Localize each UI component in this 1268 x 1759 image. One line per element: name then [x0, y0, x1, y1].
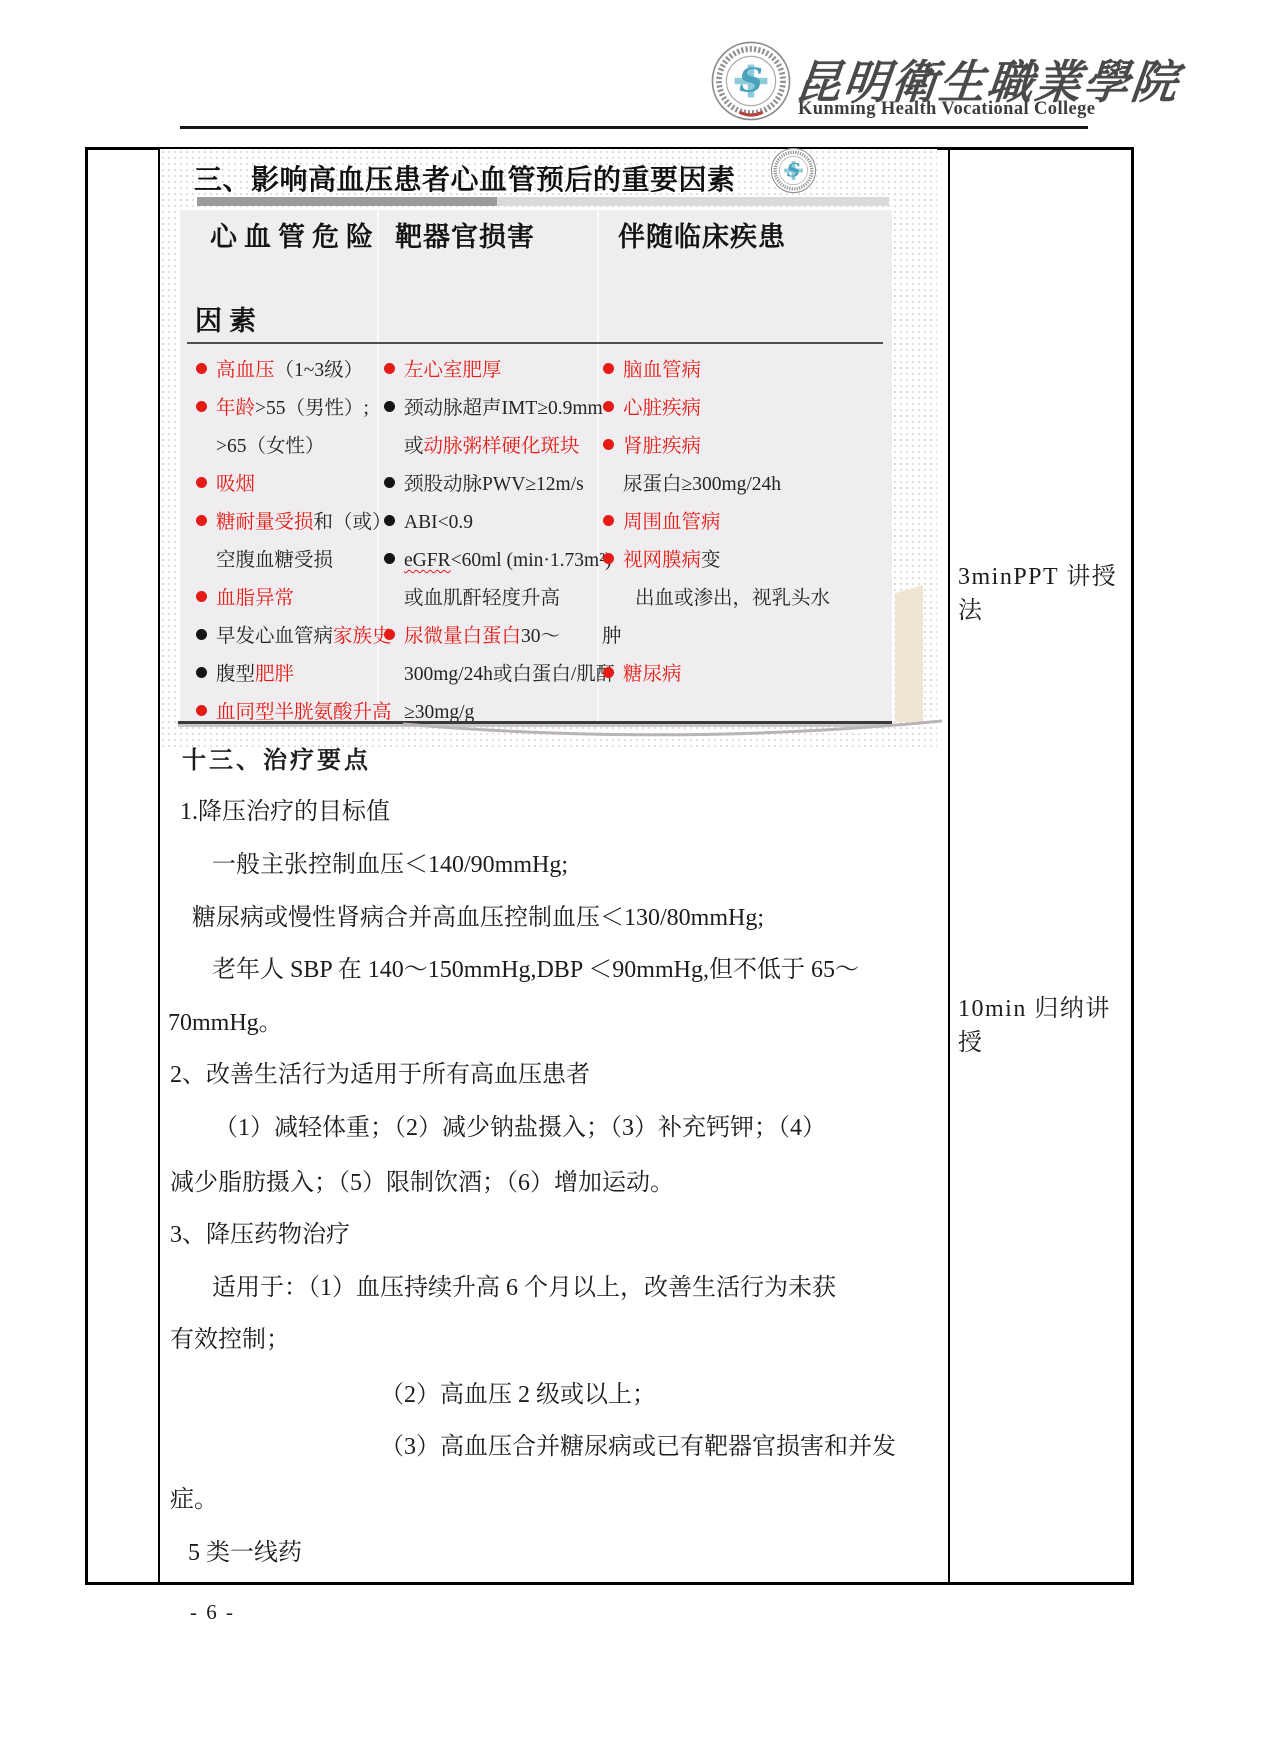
slide-text-segment: 或: [404, 436, 424, 457]
slide-list-text: 或血肌酐轻度升高: [383, 580, 605, 618]
slide-list-row: 尿蛋白≥300mg/24h: [602, 466, 887, 504]
body-text-line: （2）高血压 2 级或以上；: [380, 1380, 656, 1410]
slide-list-row: 血同型半胱氨酸升高: [195, 694, 385, 732]
slide-text-segment: >65（女性）: [216, 436, 325, 457]
slide-accent-bar-light: [497, 197, 889, 206]
slide-text-segment: 心脏疾病: [623, 398, 701, 419]
slide-col-list-2: 左心室肥厚颈动脉超声IMT≥0.9mm或动脉粥样硬化斑块颈股动脉PWV≥12m/…: [383, 352, 605, 732]
slide-text-segment: 出血或渗出，视乳头水: [635, 588, 830, 609]
body-text-line: 十三、治疗要点: [182, 745, 371, 775]
method-note-2: 授: [958, 1022, 984, 1057]
method-note-2: 10min 归纳讲: [958, 988, 1111, 1023]
slide-list-text: 糖尿病: [602, 656, 887, 694]
slide-list-row: 糖耐量受损和（或）: [195, 504, 385, 542]
slide-list-row: 吸烟: [195, 466, 385, 504]
slide-list-row: 早发心血管病家族史: [195, 618, 385, 656]
slide-text-segment: eGFR: [404, 550, 451, 571]
bullet-icon: [196, 363, 207, 374]
slide-col-header-1: 心血管危险: [210, 215, 380, 254]
slide-list-text: 颈动脉超声IMT≥0.9mm: [383, 390, 605, 428]
slide-text-segment: 视网膜病: [623, 550, 701, 571]
bullet-icon: [196, 591, 207, 602]
slide-col-header-2: 靶器官损害: [395, 215, 535, 254]
body-text-line: 3、降压药物治疗: [170, 1220, 350, 1250]
slide-col-header-1b: 因素: [195, 299, 263, 338]
page-number: - 6 -: [190, 1600, 235, 1625]
slide-list-text: 吸烟: [195, 466, 385, 504]
body-text-line: （3）高血压合并糖尿病或已有靶器官损害和并发: [380, 1432, 896, 1462]
slide-list-text: 左心室肥厚: [383, 352, 605, 390]
slide-list-row: 肿: [602, 618, 887, 656]
body-text-line: 5 类一线药: [188, 1538, 302, 1568]
bullet-icon: [196, 629, 207, 640]
slide-text-segment: >55（男性）;: [255, 398, 369, 419]
slide-list-text: 血同型半胱氨酸升高: [195, 694, 385, 732]
slide-list-text: >65（女性）: [195, 428, 385, 466]
slide-text-segment: <60ml (min·1.73m²): [451, 550, 612, 571]
slide-text-segment: 糖耐量受损: [216, 512, 314, 533]
method-note-1: 法: [958, 590, 984, 625]
body-text-line: 糖尿病或慢性肾病合并高血压控制血压＜130/80mmHg;: [192, 903, 764, 933]
bullet-icon: [196, 667, 207, 678]
slide-list-row: eGFR<60ml (min·1.73m²): [383, 542, 605, 580]
body-text-line: 70mmHg。: [168, 1008, 283, 1038]
body-text-line: 有效控制；: [170, 1325, 290, 1355]
slide-text-segment: 早发心血管病: [216, 626, 333, 647]
slide-list-text: 空腹血糖受损: [195, 542, 385, 580]
slide-col-header-3: 伴随临床疾患: [618, 215, 786, 254]
slide-list-row: >65（女性）: [195, 428, 385, 466]
slide-list-row: 视网膜病变: [602, 542, 887, 580]
slide-text-segment: 空腹血糖受损: [216, 550, 333, 571]
slide-text-segment: 动脉粥样硬化斑块: [424, 436, 580, 457]
slide-list-row: 空腹血糖受损: [195, 542, 385, 580]
bullet-icon: [603, 667, 614, 678]
body-text-line: 症。: [170, 1485, 218, 1515]
slide-list-text: 心脏疾病: [602, 390, 887, 428]
bullet-icon: [384, 477, 395, 488]
slide-text-segment: 周围血管病: [623, 512, 721, 533]
slide-list-text: 出血或渗出，视乳头水: [602, 580, 887, 618]
slide-list-row: 高血压（1~3级）: [195, 352, 385, 390]
slide-text-segment: 颈股动脉PWV≥12m/s: [404, 474, 584, 495]
slide-title: 三、影响高血压患者心血管预后的重要因素: [194, 158, 736, 198]
slide-list-row: 或血肌酐轻度升高: [383, 580, 605, 618]
slide-list-text: 血脂异常: [195, 580, 385, 618]
slide-list-text: 颈股动脉PWV≥12m/s: [383, 466, 605, 504]
slide-text-segment: 血同型半胱氨酸升高: [216, 702, 392, 723]
body-text-line: 适用于：（1）血压持续升高 6 个月以上，改善生活行为未获: [212, 1273, 836, 1303]
bullet-icon: [384, 515, 395, 526]
slide-text-segment: （1~3级）: [275, 360, 364, 381]
slide-list-row: 尿微量白蛋白30～: [383, 618, 605, 656]
slide-text-segment: 年龄: [216, 398, 255, 419]
slide-list-text: 早发心血管病家族史: [195, 618, 385, 656]
slide-col-list-1: 高血压（1~3级）年龄>55（男性）;>65（女性）吸烟糖耐量受损和（或）空腹血…: [195, 352, 385, 732]
slide-list-row: 腹型肥胖: [195, 656, 385, 694]
slide-text-segment: 尿蛋白≥300mg/24h: [623, 474, 781, 495]
slide-text-segment: 肿: [602, 626, 622, 647]
slide-list-row: 或动脉粥样硬化斑块: [383, 428, 605, 466]
slide-text-segment: 高血压: [216, 360, 275, 381]
bullet-icon: [196, 705, 207, 716]
slide-text-segment: 300mg/24h或白蛋白/肌酐: [404, 664, 615, 685]
slide-list-text: 周围血管病: [602, 504, 887, 542]
body-text-line: 一般主张控制血压＜140/90mmHg;: [212, 850, 568, 880]
bullet-icon: [196, 515, 207, 526]
slide-header-underline: [187, 342, 883, 344]
slide-list-text: 脑血管病: [602, 352, 887, 390]
slide-text-segment: 30～: [521, 626, 560, 647]
bullet-icon: [384, 553, 395, 564]
body-text-line: 老年人 SBP 在 140～150mmHg,DBP ＜90mmHg,但不低于 6…: [212, 955, 859, 985]
slide-swoosh-decoration: [400, 719, 945, 749]
slide-text-segment: 脑血管病: [623, 360, 701, 381]
ppt-slide: 三、影响高血压患者心血管预后的重要因素 S 心血管危险 因素 靶器官损害 伴随临…: [160, 149, 937, 747]
slide-list-text: 尿微量白蛋白30～: [383, 618, 605, 656]
bullet-icon: [603, 439, 614, 450]
slide-list-row: 颈股动脉PWV≥12m/s: [383, 466, 605, 504]
slide-list-text: 年龄>55（男性）;: [195, 390, 385, 428]
slide-text-segment: 血脂异常: [216, 588, 294, 609]
table-divider-right: [948, 150, 950, 1582]
college-seal-icon: S: [710, 40, 792, 122]
document-page: S 昆明衛生職業學院 Kunming Health Vocational Col…: [0, 0, 1268, 1759]
bullet-icon: [196, 477, 207, 488]
slide-list-row: 300mg/24h或白蛋白/肌酐: [383, 656, 605, 694]
slide-text-segment: 肥胖: [255, 664, 294, 685]
svg-text:S: S: [787, 160, 801, 182]
slide-beige-decoration: [895, 585, 923, 722]
slide-list-row: 脑血管病: [602, 352, 887, 390]
slide-logo-icon: S: [770, 147, 817, 194]
slide-list-text: 糖耐量受损和（或）: [195, 504, 385, 542]
slide-list-row: 出血或渗出，视乳头水: [602, 580, 887, 618]
bullet-icon: [603, 401, 614, 412]
bullet-icon: [196, 401, 207, 412]
svg-text:S: S: [739, 61, 763, 100]
slide-list-row: 周围血管病: [602, 504, 887, 542]
slide-list-row: 心脏疾病: [602, 390, 887, 428]
slide-list-row: 糖尿病: [602, 656, 887, 694]
bullet-icon: [603, 363, 614, 374]
slide-accent-bar-dark: [197, 197, 497, 206]
slide-text-segment: 吸烟: [216, 474, 255, 495]
slide-list-text: 尿蛋白≥300mg/24h: [602, 466, 887, 504]
bullet-icon: [603, 553, 614, 564]
slide-list-text: 或动脉粥样硬化斑块: [383, 428, 605, 466]
method-note-1: 3minPPT 讲授: [958, 556, 1117, 591]
slide-text-segment: 肾脏疾病: [623, 436, 701, 457]
slide-text-segment: 变: [701, 550, 721, 571]
slide-list-row: 血脂异常: [195, 580, 385, 618]
slide-list-row: 年龄>55（男性）;: [195, 390, 385, 428]
slide-text-segment: 或血肌酐轻度升高: [404, 588, 560, 609]
slide-text-segment: 和（或）: [314, 512, 392, 533]
slide-list-row: ABI<0.9: [383, 504, 605, 542]
body-text-line: 1.降压治疗的目标值: [180, 797, 390, 827]
slide-text-segment: 糖尿病: [623, 664, 682, 685]
slide-list-row: 颈动脉超声IMT≥0.9mm: [383, 390, 605, 428]
slide-list-text: 视网膜病变: [602, 542, 887, 580]
slide-list-row: 肾脏疾病: [602, 428, 887, 466]
slide-list-text: 肾脏疾病: [602, 428, 887, 466]
bullet-icon: [384, 629, 395, 640]
slide-list-row: 左心室肥厚: [383, 352, 605, 390]
slide-text-segment: ABI<0.9: [404, 512, 473, 533]
slide-list-text: 300mg/24h或白蛋白/肌酐: [383, 656, 605, 694]
slide-list-text: 高血压（1~3级）: [195, 352, 385, 390]
slide-text-segment: 腹型: [216, 664, 255, 685]
slide-text-segment: 左心室肥厚: [404, 360, 502, 381]
slide-text-segment: 尿微量白蛋白: [404, 626, 521, 647]
bullet-icon: [384, 363, 395, 374]
slide-list-text: eGFR<60ml (min·1.73m²): [383, 542, 605, 580]
college-name-en: Kunming Health Vocational College: [798, 99, 1095, 120]
bullet-icon: [384, 401, 395, 412]
college-name-zh: 昆明衛生職業學院: [793, 46, 1069, 102]
body-text-line: 2、改善生活行为适用于所有高血压患者: [170, 1060, 590, 1090]
body-text-line: （1）减轻体重；（2）减少钠盐摄入；（3）补充钙钾；（4）: [214, 1113, 826, 1143]
bullet-icon: [603, 515, 614, 526]
slide-col-list-3: 脑血管病心脏疾病肾脏疾病尿蛋白≥300mg/24h周围血管病视网膜病变出血或渗出…: [602, 352, 887, 694]
slide-list-text: 腹型肥胖: [195, 656, 385, 694]
slide-list-text: 肿: [602, 618, 887, 656]
body-text-line: 减少脂肪摄入；（5）限制饮酒；（6）增加运动。: [170, 1168, 674, 1198]
header-rule: [180, 126, 1088, 129]
slide-list-text: ABI<0.9: [383, 504, 605, 542]
slide-text-segment: 颈动脉超声IMT≥0.9mm: [404, 398, 603, 419]
